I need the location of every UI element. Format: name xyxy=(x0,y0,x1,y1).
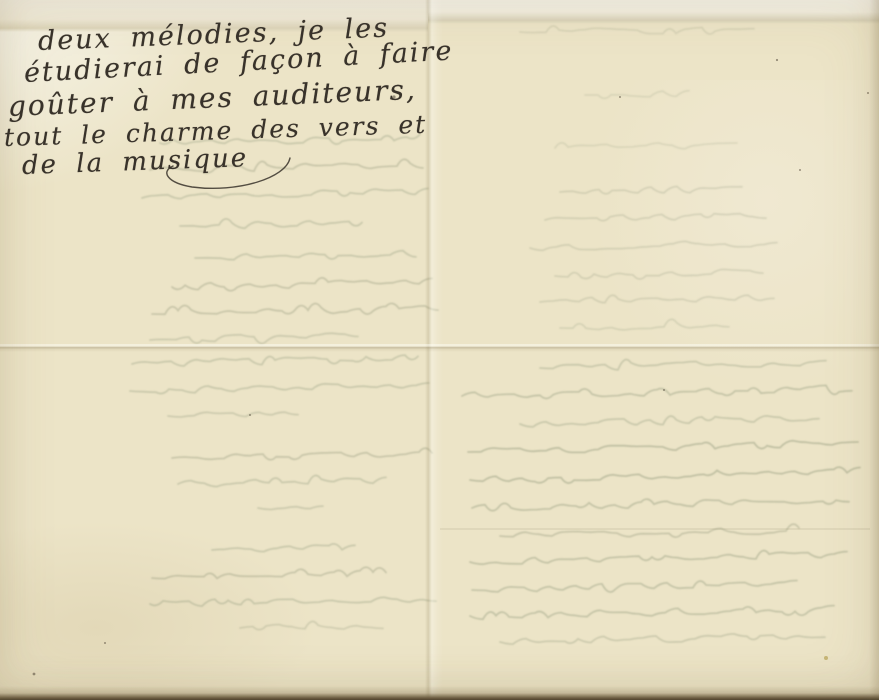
letter-scan: deux mélodies, je les étudierai de façon… xyxy=(0,0,879,700)
